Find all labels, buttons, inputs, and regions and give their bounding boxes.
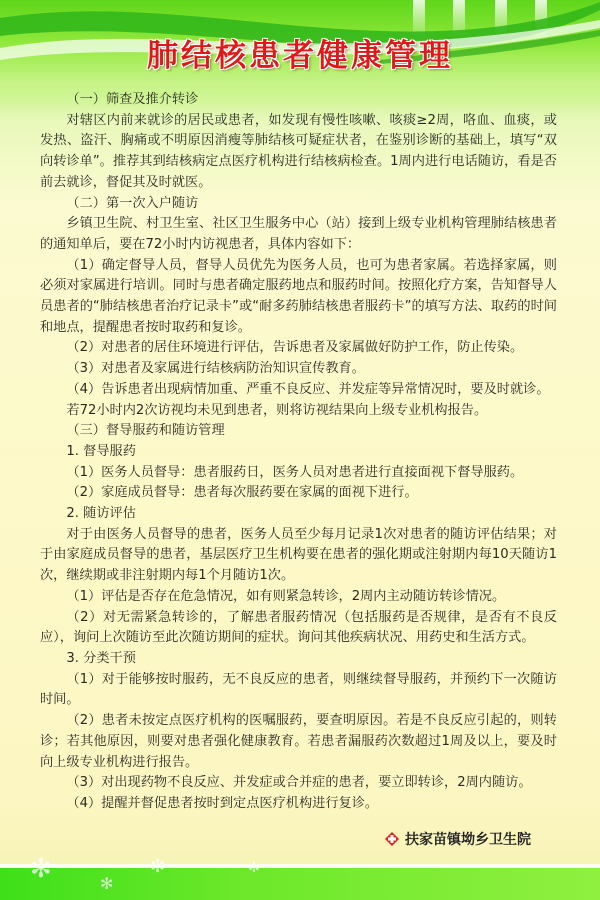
section-heading: （三）督导服药和随访管理 [40, 421, 557, 442]
flower-icon: ✻ [150, 856, 165, 877]
red-cross-icon [385, 832, 399, 846]
paragraph: （1）对于能够按时服药，无不良反应的患者，则继续督导服药，并预约下一次随访时间。 [40, 670, 557, 711]
paragraph: 乡镇卫生院、村卫生室、社区卫生服务中心（站）接到上级专业机构管理肺结核患者的通知… [40, 214, 557, 255]
paragraph: （1）确定督导人员，督导人员优先为医务人员，也可为患者家属。若选择家属，则必须对… [40, 256, 557, 339]
paragraph: 对辖区内前来就诊的居民或患者，如发现有慢性咳嗽、咳痰≥2周，咯血、血痰，或发热、… [40, 111, 557, 194]
content-body: （一）筛查及推介转诊 对辖区内前来就诊的居民或患者，如发现有慢性咳嗽、咳痰≥2周… [40, 90, 557, 815]
subsection-heading: 1. 督导服药 [40, 442, 557, 463]
paragraph: （4）提醒并督促患者按时到定点医疗机构进行复诊。 [40, 794, 557, 815]
subsection-heading: 3. 分类干预 [40, 649, 557, 670]
paragraph: 若72小时内2次访视均未见到患者，则将访视结果向上级专业机构报告。 [40, 401, 557, 422]
paragraph: （3）对患者及家属进行结核病防治知识宣传教育。 [40, 359, 557, 380]
bottom-green-band: ✻ ✻ ✻ ✻ [0, 868, 600, 900]
flower-icon: ✻ [100, 874, 113, 893]
paragraph: （1）评估是否存在危急情况，如有则紧急转诊，2周内主动随访转诊情况。 [40, 587, 557, 608]
section-heading: （二）第一次入户随访 [40, 194, 557, 215]
paragraph: （2）患者未按定点医疗机构的医嘱服药，要查明原因。若是不良反应引起的，则转诊；若… [40, 711, 557, 773]
poster: 肺结核患者健康管理 （一）筛查及推介转诊 对辖区内前来就诊的居民或患者，如发现有… [0, 0, 600, 900]
paragraph: （2）对患者的居住环境进行评估，告诉患者及家属做好防护工作，防止传染。 [40, 338, 557, 359]
subsection-heading: 2. 随访评估 [40, 504, 557, 525]
section-heading: （一）筛查及推介转诊 [40, 90, 557, 111]
paragraph: （2）对无需紧急转诊的，了解患者服药情况（包括服药是否规律，是否有不良反应），询… [40, 608, 557, 649]
flower-icon: ✻ [30, 854, 52, 884]
paragraph: （4）告诉患者出现病情加重、严重不良反应、并发症等异常情况时，要及时就诊。 [40, 380, 557, 401]
paragraph: 对于由医务人员督导的患者，医务人员至少每月记录1次对患者的随访评估结果；对于由家… [40, 525, 557, 587]
hospital-signature: 扶家苗镇坳乡卫生院 [385, 829, 531, 849]
paragraph: （3）对出现药物不良反应、并发症或合并症的患者，要立即转诊，2周内随访。 [40, 773, 557, 794]
paragraph: （2）家庭成员督导：患者每次服药要在家属的面视下进行。 [40, 483, 557, 504]
poster-title: 肺结核患者健康管理 [0, 30, 600, 75]
paragraph: （1）医务人员督导：患者服药日，医务人员对患者进行直接面视下督导服药。 [40, 463, 557, 484]
flower-icon: ✻ [248, 860, 260, 876]
hospital-name: 扶家苗镇坳乡卫生院 [405, 829, 531, 849]
